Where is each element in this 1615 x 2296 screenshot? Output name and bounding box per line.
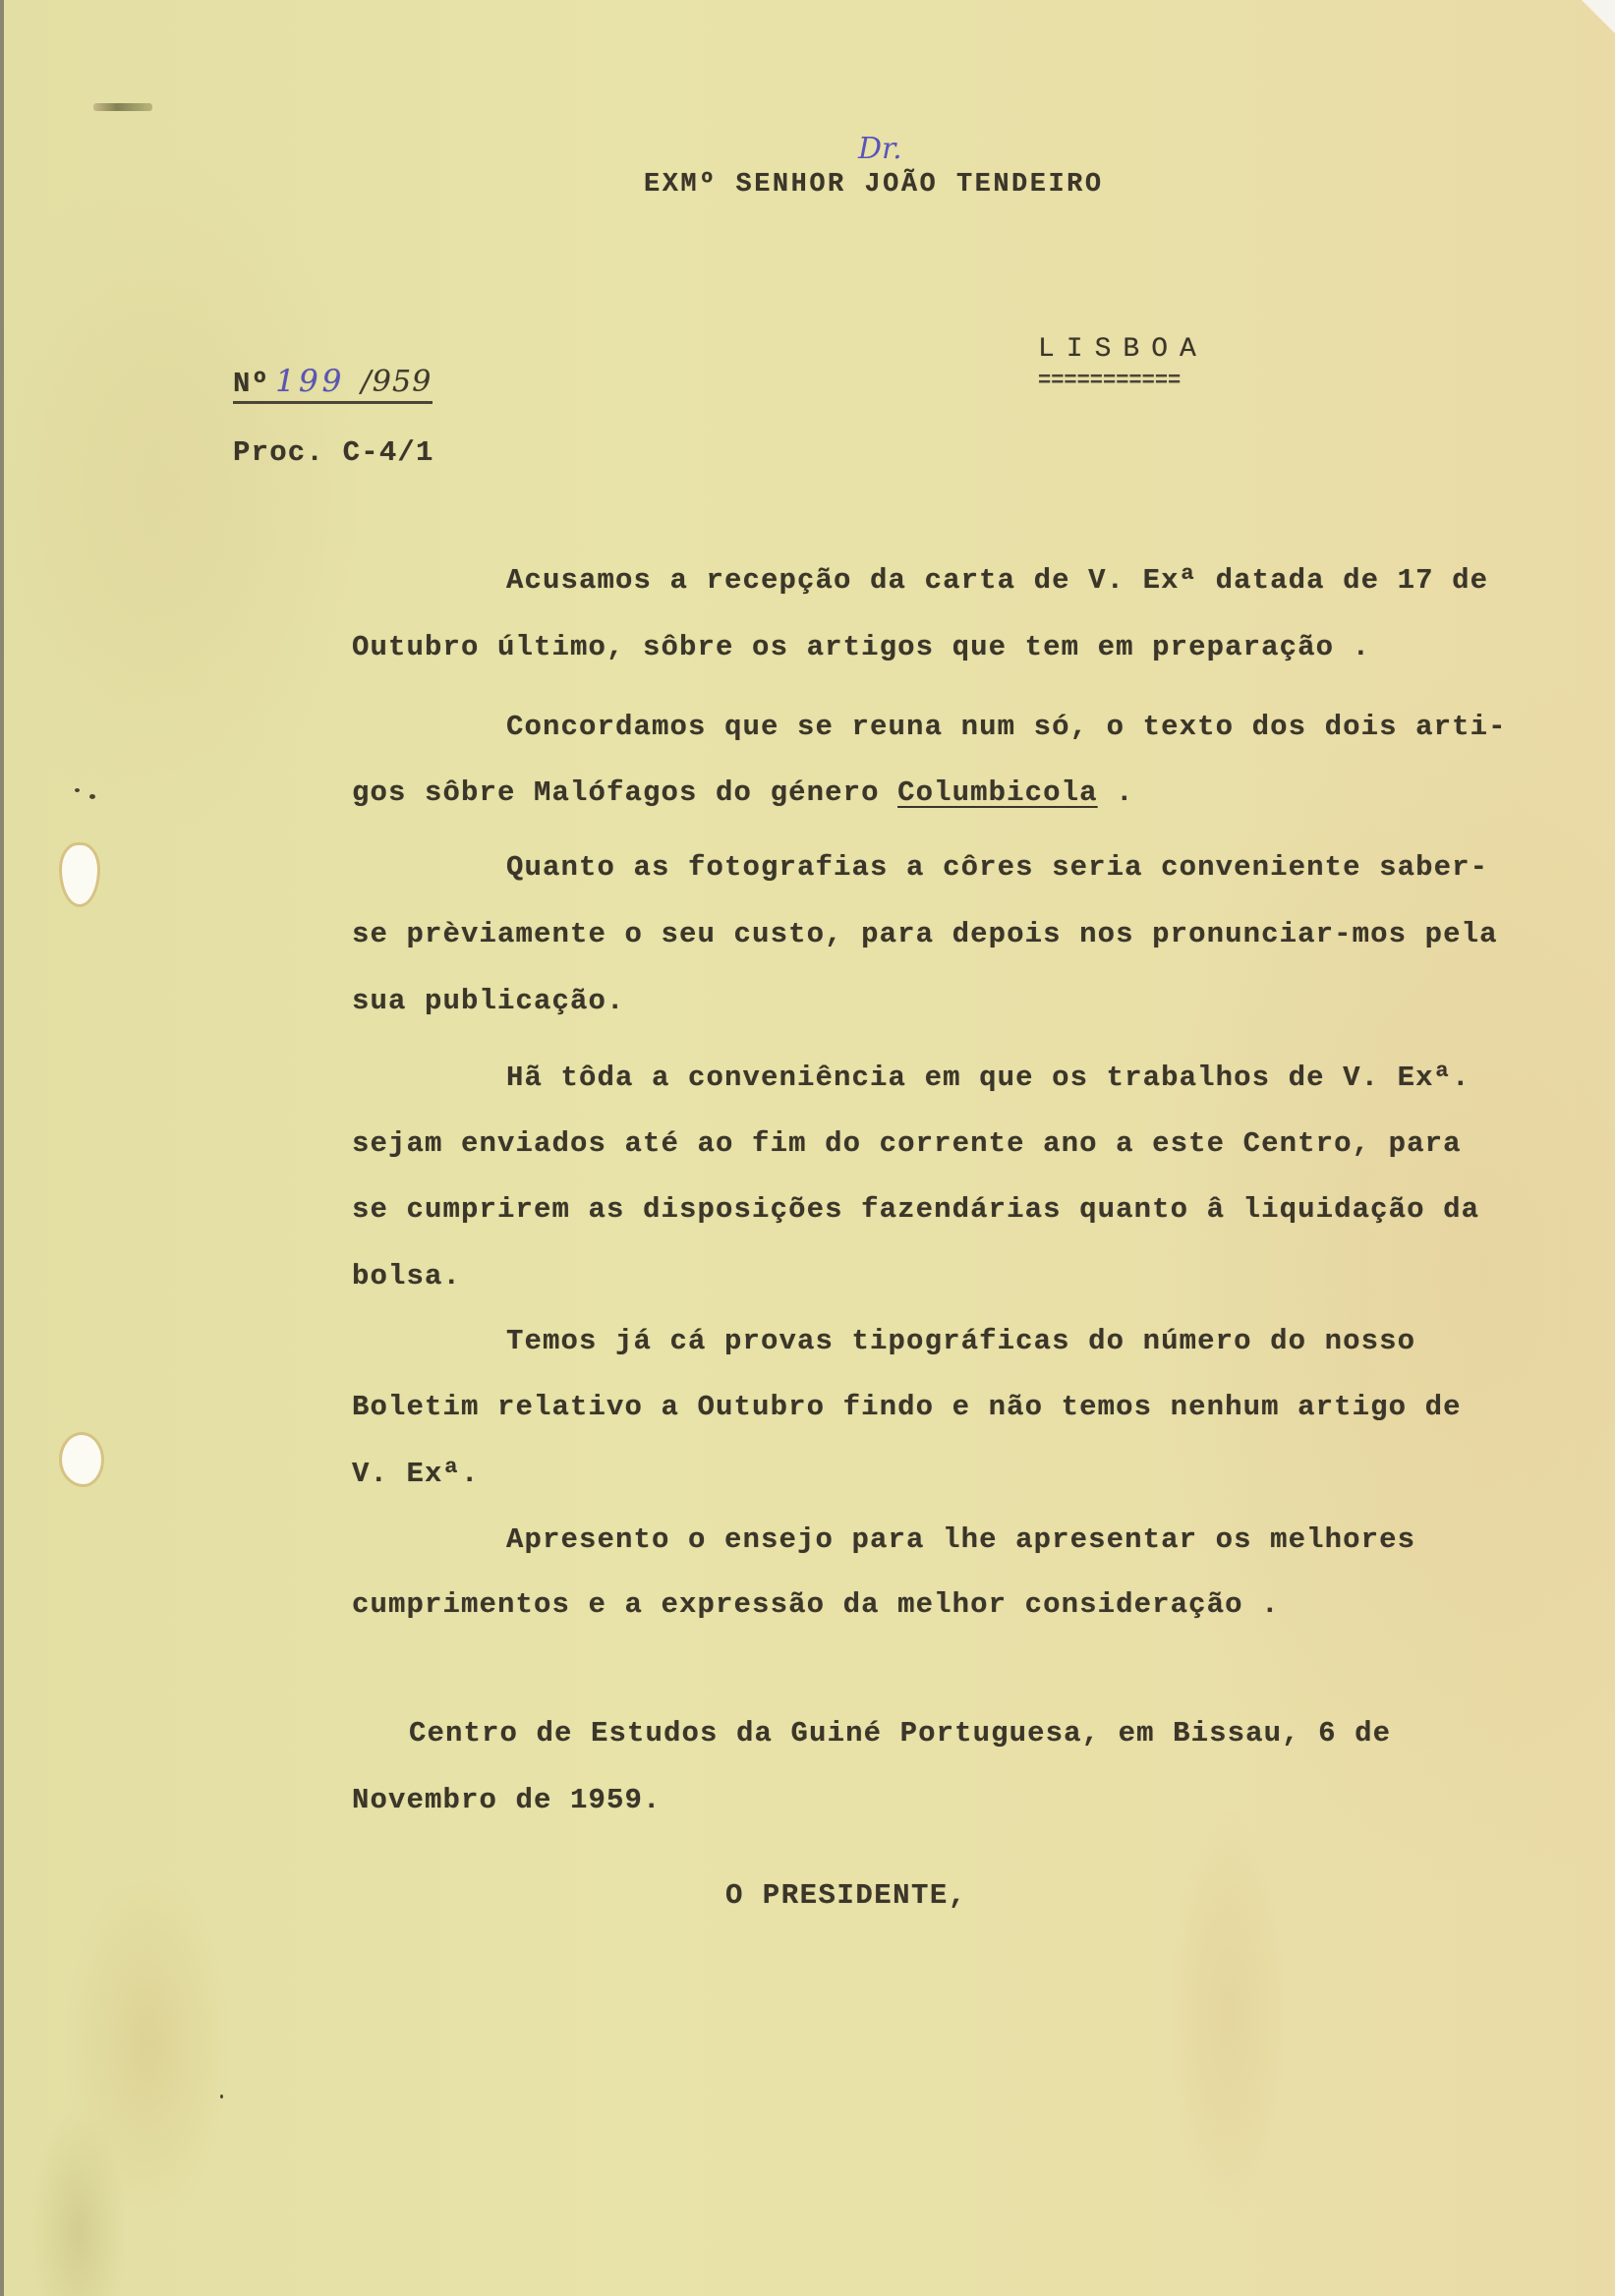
corner-fold: [1582, 0, 1615, 33]
ink-speck: [75, 788, 80, 792]
handwritten-title: Dr.: [858, 132, 902, 166]
handwritten-number: 199: [275, 364, 345, 399]
number-prefix: Nº: [233, 368, 269, 400]
punch-hole-bottom: [62, 1435, 101, 1484]
place-date-line: Centro de Estudos da Guiné Portuguesa, e…: [409, 1717, 1391, 1750]
body-line: Boletim relativo a Outubro findo e não t…: [352, 1391, 1462, 1423]
body-line: Outubro último, sôbre os artigos que tem…: [352, 631, 1370, 663]
body-line: Apresento o ensejo para lhe apresentar o…: [506, 1523, 1415, 1556]
ink-speck: [89, 794, 95, 799]
body-text: .: [1098, 776, 1134, 809]
destination-city: LISBOA: [1038, 334, 1208, 365]
reference-number: Nº199/959: [233, 364, 433, 404]
ink-speck: [220, 2095, 223, 2098]
body-line: Concordamos que se reuna num só, o texto…: [506, 711, 1507, 743]
genus-name: Columbicola: [897, 776, 1098, 809]
ink-smudge: [93, 103, 152, 111]
body-line: Acusamos a recepção da carta de V. Exª d…: [506, 564, 1488, 597]
signature-title: O PRESIDENTE,: [725, 1879, 967, 1912]
addressee: EXMº SENHOR JOÃO TENDEIRO: [644, 170, 1104, 200]
body-line: gos sôbre Malófagos do género Columbicol…: [352, 776, 1134, 809]
process-reference: Proc. C-4/1: [233, 436, 434, 469]
place-date-line: Novembro de 1959.: [352, 1784, 662, 1816]
body-line: cumprimentos e a expressão da melhor con…: [352, 1588, 1280, 1621]
body-text: gos sôbre Malófagos do género: [352, 776, 897, 809]
body-line: Temos já cá provas tipográficas do númer…: [506, 1325, 1415, 1357]
body-line: sua publicação.: [352, 985, 625, 1017]
body-line: sejam enviados até ao fim do corrente an…: [352, 1127, 1462, 1160]
reference-year: /959: [361, 365, 432, 399]
body-line: Hã tôda a conveniência em que os trabalh…: [506, 1062, 1471, 1094]
body-line: V. Exª.: [352, 1458, 480, 1490]
scan-edge: [0, 0, 4, 2296]
body-line: bolsa.: [352, 1260, 461, 1292]
city-underline: ===========: [1038, 369, 1181, 393]
body-line: Quanto as fotografias a côres seria conv…: [506, 851, 1488, 884]
body-line: se prèviamente o seu custo, para depois …: [352, 918, 1498, 950]
body-line: se cumprirem as disposições fazendárias …: [352, 1193, 1479, 1226]
